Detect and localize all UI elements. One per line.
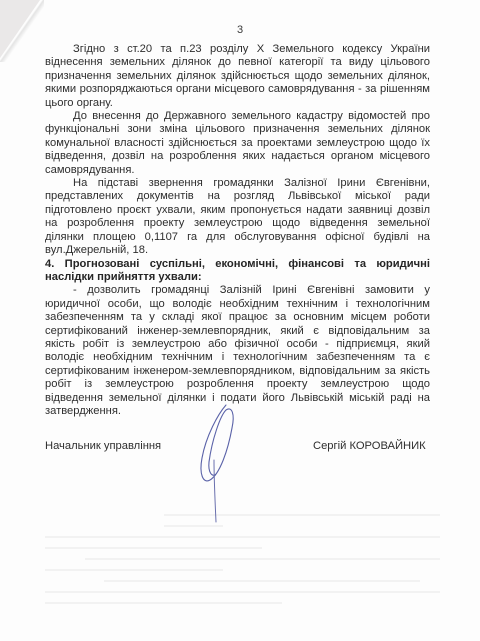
- page-number: 3: [0, 24, 480, 36]
- paragraph-consequences: - дозволить громадянці Залізній Ірині Єв…: [45, 284, 430, 418]
- paragraph-application: На підставі звернення громадянки Залізно…: [45, 177, 430, 257]
- paragraph-cadastre: До внесення до Державного земельного кад…: [45, 110, 430, 177]
- signatory-position: Начальник управління: [45, 440, 161, 452]
- document-page: 3 Згідно з ст.20 та п.23 розділу X Земел…: [0, 0, 480, 641]
- signatory-name: Сергій КОРОВАЙНИК: [313, 440, 426, 452]
- paragraph-land-code: Згідно з ст.20 та п.23 розділу X Земельн…: [45, 43, 430, 110]
- document-body: Згідно з ст.20 та п.23 розділу X Земельн…: [45, 43, 430, 418]
- section-heading-consequences: 4. Прогнозовані суспільні, економічні, ф…: [45, 258, 430, 285]
- bleed-through-text: [45, 505, 440, 635]
